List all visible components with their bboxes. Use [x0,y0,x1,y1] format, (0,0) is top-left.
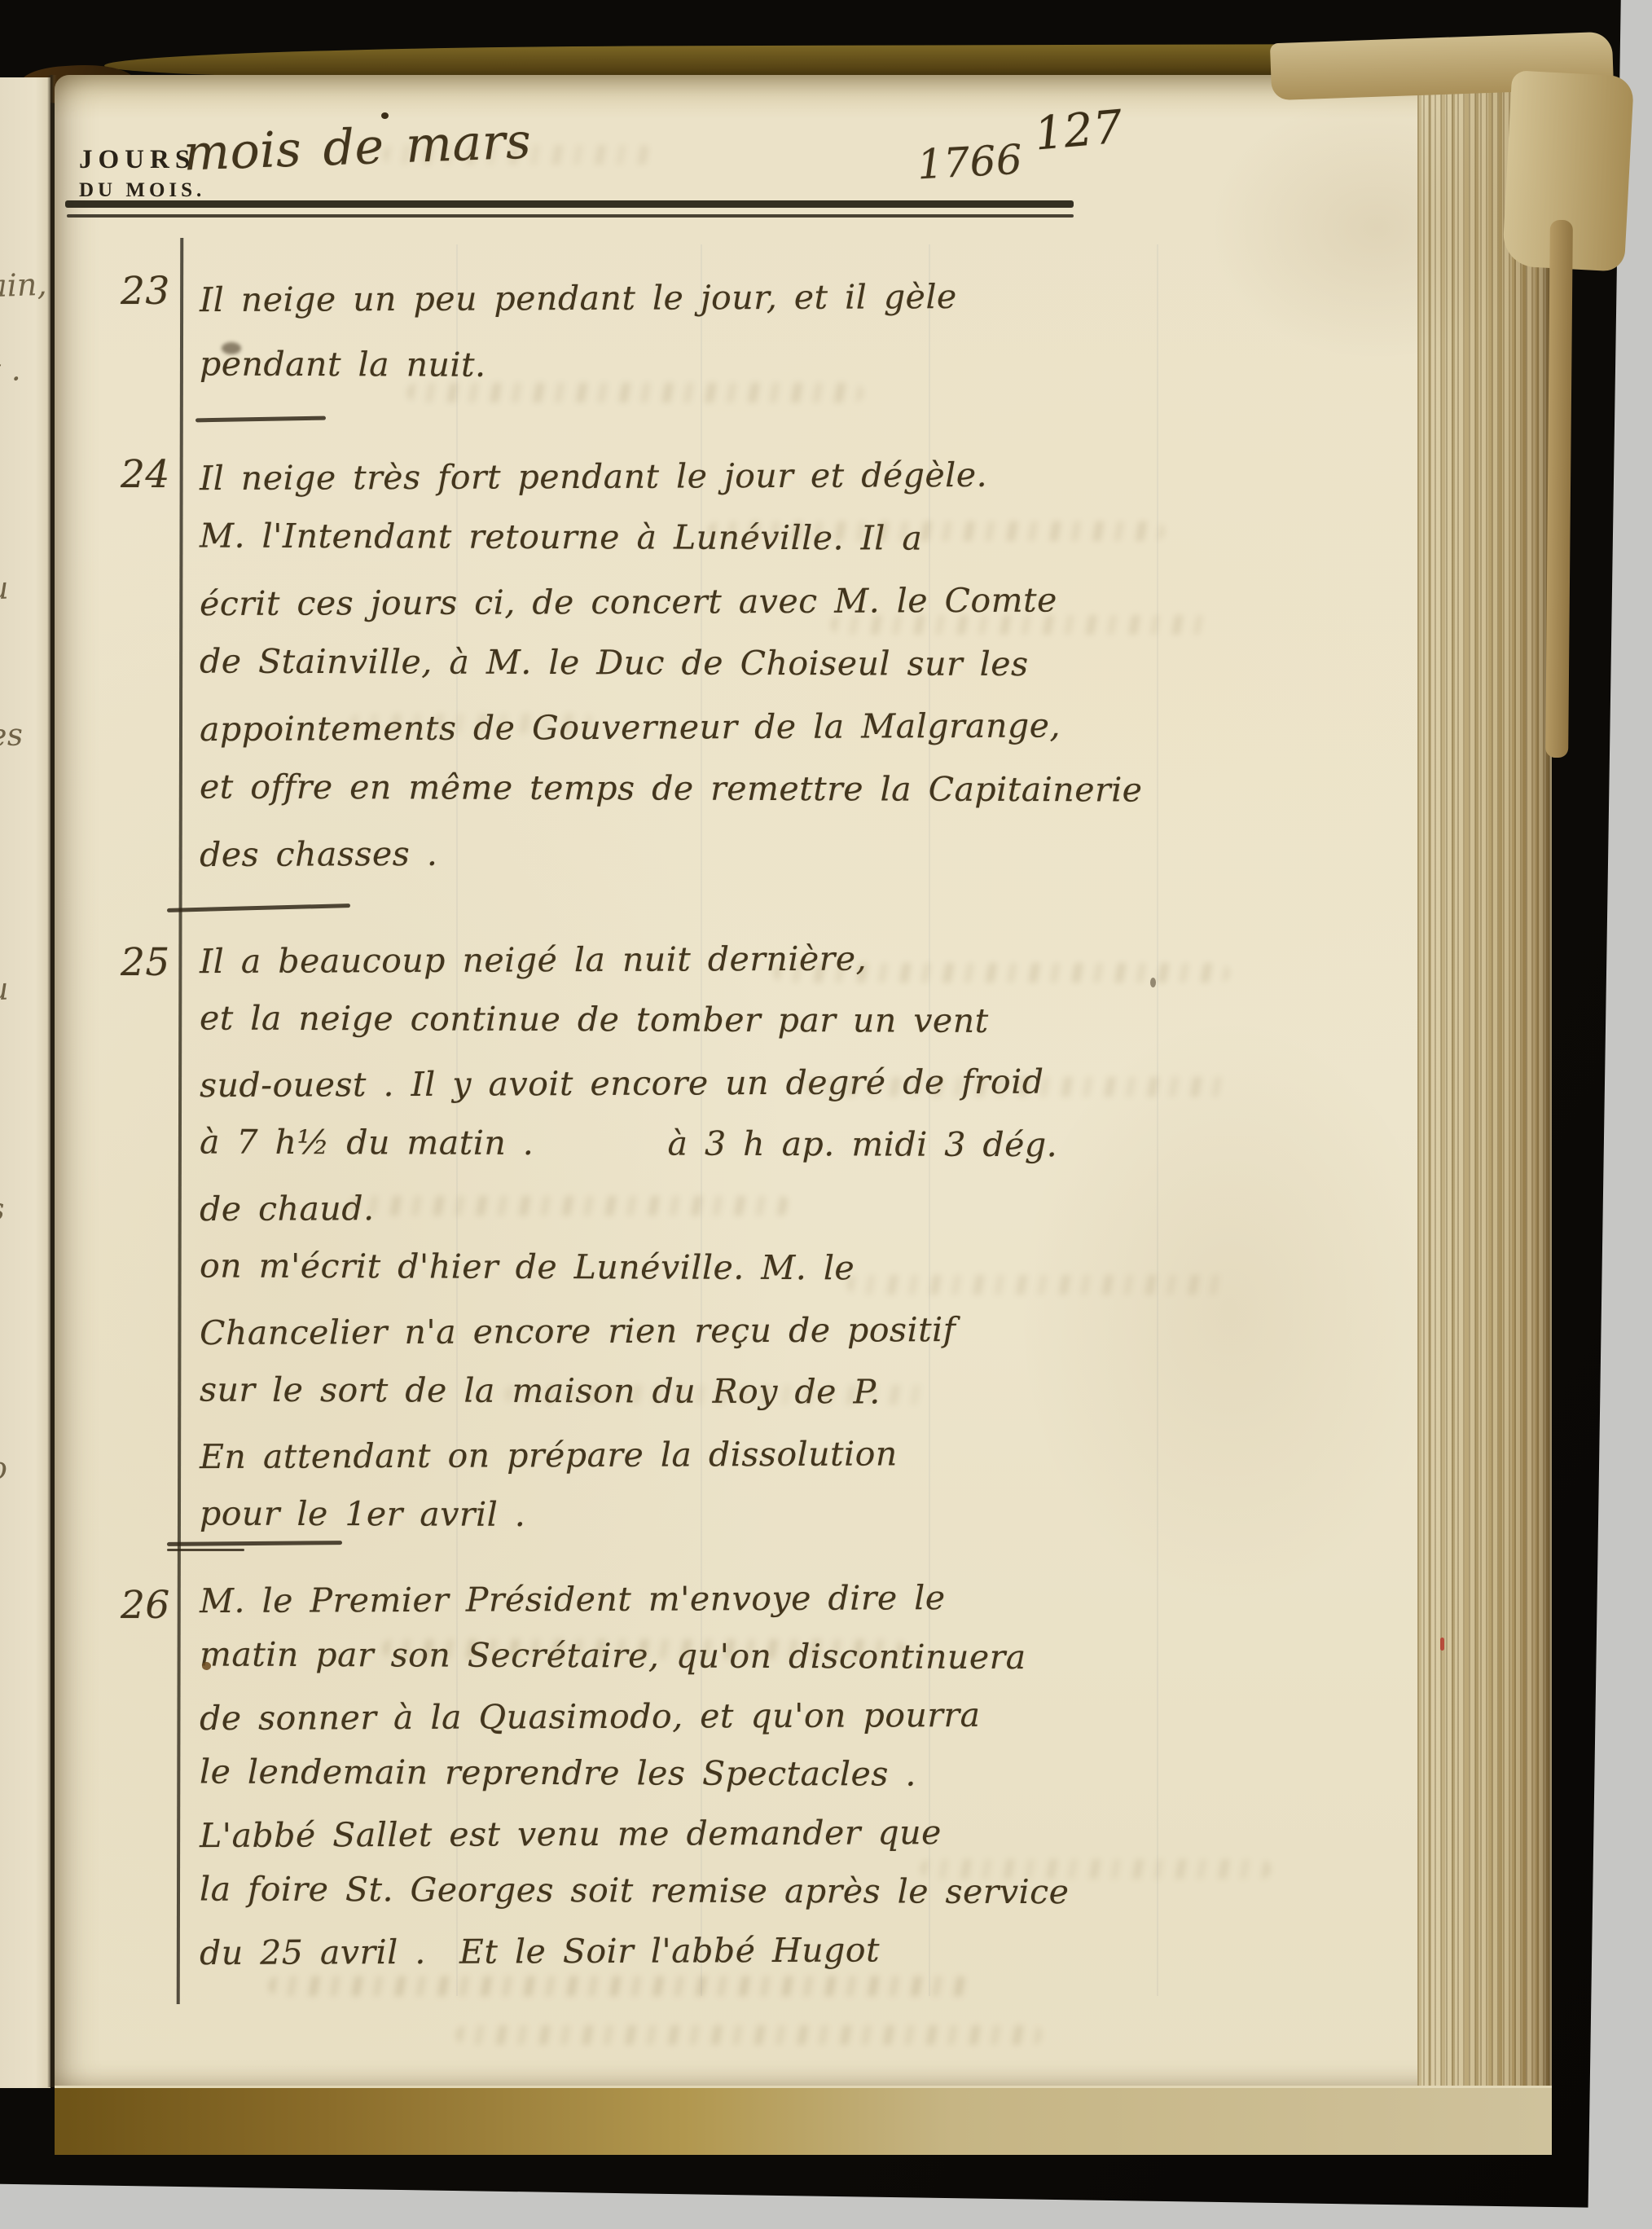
day-separator-tick [196,416,326,423]
day-number: 25 [121,940,170,985]
bleedthrough-mark [383,1639,904,1659]
day-separator-tick [167,903,350,912]
bleedthrough-mark [350,1196,790,1216]
chain-line [929,244,930,1996]
day-number: 26 [121,1583,170,1628]
page-content: JOURS DU MOIS. mois de mars 1766 127 23I… [0,0,1652,2229]
ink-speck [381,112,389,119]
age-stain [1018,1018,1442,1605]
entry-line: des chasses . [200,819,1356,886]
ink-smudge [222,342,241,354]
day-separator-tick [167,1549,244,1551]
bleedthrough-mark [269,1976,969,1996]
chain-line [456,244,458,1996]
entry-line: Il neige très fort pendant le jour et dé… [200,442,1356,510]
entry-line: du 25 avril . Et le Soir l'abbé Hugot [200,1919,1356,1982]
age-stain [1206,98,1548,358]
entry-lines: M. le Premier Président m'envoye dire le… [200,1568,1356,1979]
day-number: 24 [121,452,170,497]
day-column-rule [177,238,184,2004]
page-number: 127 [1032,100,1125,160]
bleedthrough-mark [407,383,863,402]
bleedthrough-mark [920,1859,1271,1879]
entry-line: et offre en même temps de remettre la Ca… [200,756,1356,823]
chain-line [701,244,702,1996]
entry-line: Il neige un peu pendant le jour, et il g… [200,261,1356,335]
printed-header-du-mois: DU MOIS. [79,179,205,202]
entry-line: L'abbé Sallet est venu me demander que [200,1801,1356,1865]
entry-lines: Il neige très fort pendant le jour et dé… [200,444,1356,883]
bleedthrough-mark [774,963,1230,983]
entry-line: de Stainville, à M. le Duc de Choiseul s… [200,631,1356,697]
handwritten-year: 1766 [916,136,1024,189]
bleedthrough-mark [709,521,1165,541]
bleedthrough-mark [383,145,652,165]
scanned-journal-photo: ain,t .uesuso JOURS DU MOIS. mois de mar… [0,0,1652,2229]
printed-header-jours: JOURS [79,145,196,175]
day-number: 23 [121,269,170,314]
entry-lines: Il neige un peu pendant le jour, et il g… [200,262,1356,401]
entry-line: le lendemain reprendre les Spectacles . [200,1743,1356,1805]
bleedthrough-mark [350,714,595,733]
header-rule-thin [67,214,1074,218]
bleedthrough-mark [505,1385,929,1405]
entry-line: de sonner à la Quasimodo, et qu'on pourr… [200,1684,1356,1748]
ink-speck [1150,978,1156,987]
ink-speck [202,1662,211,1670]
bleedthrough-mark [456,2025,1043,2045]
header-rule-thick [65,200,1074,208]
